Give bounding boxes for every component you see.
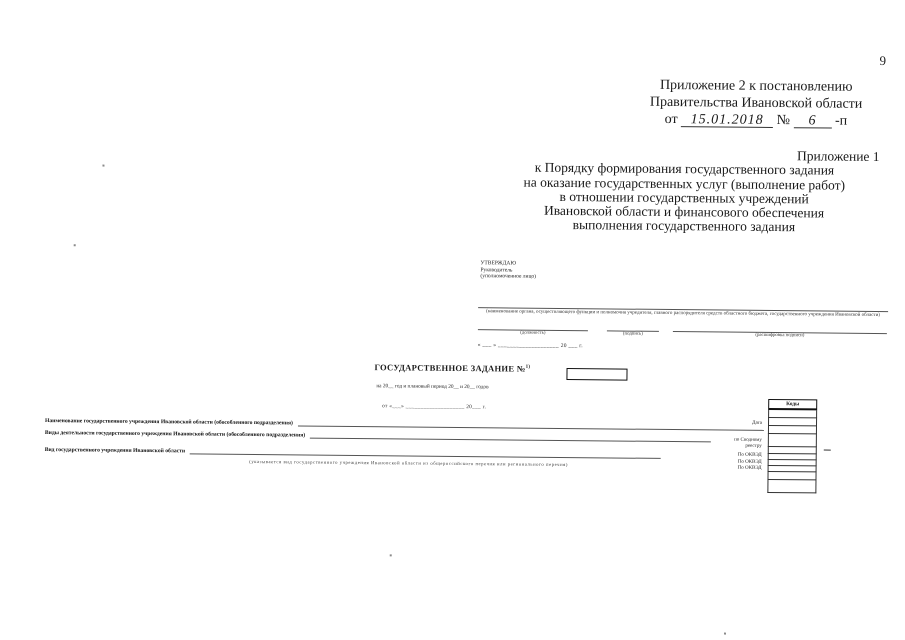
signature-caption: (подпись) xyxy=(607,331,659,337)
annex1-line: выполнения государственного задания xyxy=(477,218,891,236)
position-field: (должность) xyxy=(478,324,588,337)
footnote-marker: 1) xyxy=(526,365,531,370)
scan-noise-speck xyxy=(74,244,76,246)
state-task-subtitle: на 20__ год и плановый период 20__ и 20_… xyxy=(376,383,488,390)
annex1-header-block: Приложение 1 к Порядку формирования госу… xyxy=(477,146,892,236)
annex2-date-field: 15.01.2018 xyxy=(681,113,773,128)
task-from-date-line: от «___» ____________________ 20___ г. xyxy=(382,403,486,410)
codes-registry-row xyxy=(768,434,817,447)
codes-label-okved: По ОКВЭД xyxy=(702,466,762,473)
page-number: 9 xyxy=(879,53,886,69)
institution-type-blank-line xyxy=(190,449,661,459)
state-task-title-text: ГОСУДАРСТВЕННОЕ ЗАДАНИЕ № xyxy=(374,362,525,373)
activity-types-blank-line xyxy=(310,434,711,443)
codes-header-cell: Коды xyxy=(768,399,817,410)
annex2-number-label: № xyxy=(777,113,791,128)
task-number-box xyxy=(566,368,627,381)
annex2-header-block: Приложение 2 к постановлению Правительст… xyxy=(630,77,882,130)
scan-noise-speck xyxy=(724,633,726,635)
activity-types-label: Виды деятельности государственного учреж… xyxy=(45,430,305,438)
signature-decode-caption: (расшифровка подписи) xyxy=(673,332,887,340)
annex2-from-label: от xyxy=(665,112,678,127)
approval-org-block: (наименование органа, осуществляющего фу… xyxy=(478,299,888,319)
handwritten-date: 15.01.2018 xyxy=(691,112,764,128)
annex2-date-line: от 15.01.2018 № 6 -п xyxy=(630,111,882,130)
approval-date-line: « ___ » ____________________ 20 ___ г. xyxy=(478,342,583,349)
handwritten-number: 6 xyxy=(808,113,816,128)
signature-row: (должность) (подпись) (расшифровка подпи… xyxy=(478,324,887,339)
codes-label-date: Дата xyxy=(702,420,762,427)
form-row-activity-types: Виды деятельности государственного учреж… xyxy=(45,430,711,442)
institution-type-label: Вид государственного учреждения Ивановск… xyxy=(45,447,185,454)
signature-field: (подпись) xyxy=(607,325,659,337)
approval-role-note: (уполномоченное лицо) xyxy=(480,273,536,280)
handwritten-dash-mark xyxy=(824,446,831,450)
codes-row-labels: Дата по Сводному реестру По ОКВЭД По ОКВ… xyxy=(702,420,762,472)
scan-noise-speck xyxy=(390,554,392,556)
form-row-institution-type: Вид государственного учреждения Ивановск… xyxy=(45,447,661,459)
scan-skew-wrapper: 9 Приложение 2 к постановлению Правитель… xyxy=(0,0,905,640)
codes-label-registry: по Сводному реестру xyxy=(720,438,762,450)
scan-noise-speck xyxy=(102,165,104,167)
signature-decode-field: (расшифровка подписи) xyxy=(673,326,887,340)
annex2-suffix: -п xyxy=(835,114,847,129)
form-row-institution-name: Наименование государственного учреждения… xyxy=(45,418,764,431)
state-task-title: ГОСУДАРСТВЕННОЕ ЗАДАНИЕ №1) xyxy=(374,362,530,373)
institution-name-label: Наименование государственного учреждения… xyxy=(45,418,293,426)
scanned-document-page: 9 Приложение 2 к постановлению Правитель… xyxy=(0,0,905,640)
annex2-number-field: 6 xyxy=(793,114,831,128)
institution-name-blank-line xyxy=(298,421,764,430)
position-caption: (должность) xyxy=(478,330,588,337)
codes-table: Коды xyxy=(767,399,817,493)
approval-stamp-block: УТВЕРЖДАЮ Руководитель (уполномоченное л… xyxy=(480,260,536,280)
institution-type-caption: (указывается вид государственного учрежд… xyxy=(169,458,649,468)
codes-empty-row xyxy=(767,480,816,493)
